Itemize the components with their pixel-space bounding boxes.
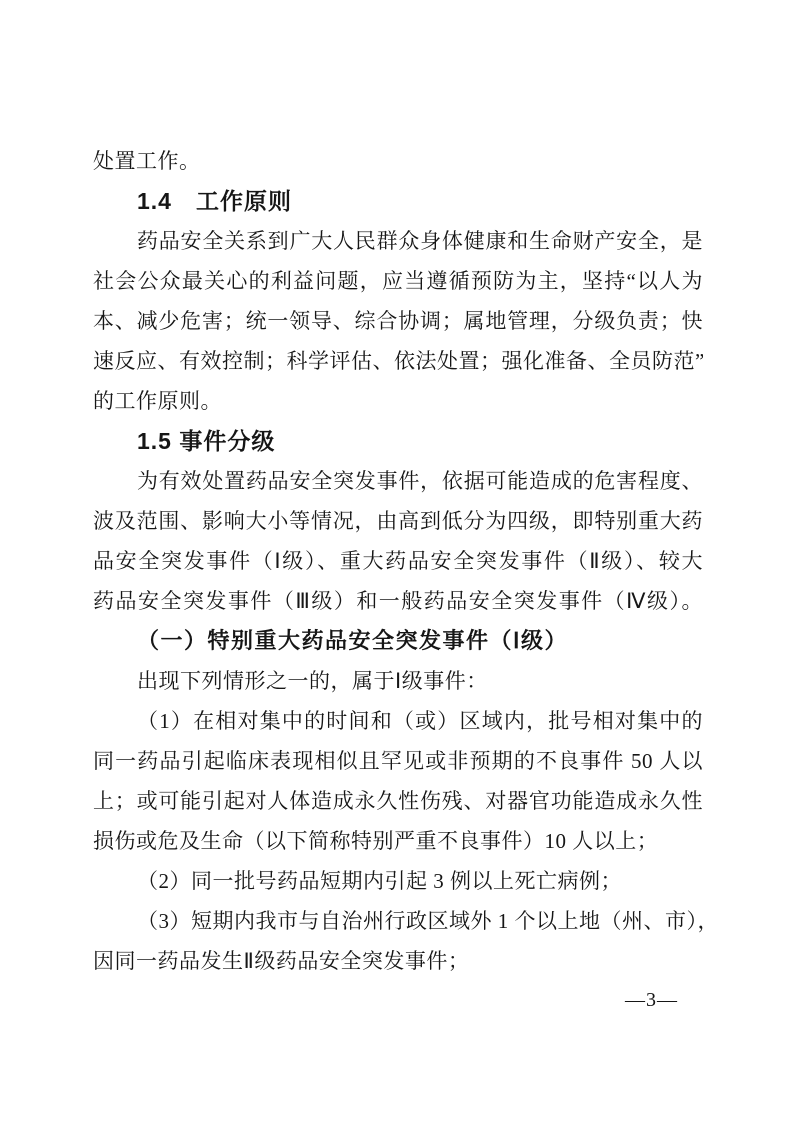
page-number: —3— [625, 988, 678, 1012]
clause-1-line: （1）在相对集中的时间和（或）区域内，批号相对集中的 [93, 701, 703, 741]
paragraph-line: 损伤或危及生命（以下简称特别严重不良事件）10 人以上； [93, 821, 703, 861]
paragraph-line: 药品安全关系到广大人民群众身体健康和生命财产安全，是 [93, 221, 703, 261]
document-page: 处置工作。 1.4 工作原则 药品安全关系到广大人民群众身体健康和生命财产安全，… [0, 0, 793, 1122]
paragraph-line: 速反应、有效控制；科学评估、依法处置；强化准备、全员防范” [93, 341, 703, 381]
section-heading-1-4: 1.4 工作原则 [93, 181, 703, 221]
paragraph-line: 品安全突发事件（Ⅰ级）、重大药品安全突发事件（Ⅱ级）、较大 [93, 541, 703, 581]
clause-3-line: （3）短期内我市与自治州行政区域外 1 个以上地（州、市）， [93, 901, 703, 941]
paragraph-line: 为有效处置药品安全突发事件，依据可能造成的危害程度、 [93, 461, 703, 501]
paragraph-line: 同一药品引起临床表现相似且罕见或非预期的不良事件 50 人以 [93, 741, 703, 781]
paragraph-line: 本、减少危害；统一领导、综合协调；属地管理，分级负责；快 [93, 301, 703, 341]
paragraph-line: 社会公众最关心的利益问题，应当遵循预防为主，坚持“以人为 [93, 261, 703, 301]
paragraph-line: 药品安全突发事件（Ⅲ级）和一般药品安全突发事件（Ⅳ级）。 [93, 581, 703, 621]
paragraph-line: 上；或可能引起对人体造成永久性伤残、对器官功能造成永久性 [93, 781, 703, 821]
paragraph-line: 因同一药品发生Ⅱ级药品安全突发事件； [93, 941, 703, 981]
clause-2-line: （2）同一批号药品短期内引起 3 例以上死亡病例； [93, 861, 703, 901]
paragraph-line: 处置工作。 [93, 141, 703, 181]
document-body: 处置工作。 1.4 工作原则 药品安全关系到广大人民群众身体健康和生命财产安全，… [93, 141, 703, 981]
paragraph-line: 出现下列情形之一的，属于Ⅰ级事件： [93, 661, 703, 701]
paragraph-line: 波及范围、影响大小等情况，由高到低分为四级，即特别重大药 [93, 501, 703, 541]
subsection-heading-level-1: （一）特别重大药品安全突发事件（Ⅰ级） [93, 621, 703, 661]
section-heading-1-5: 1.5 事件分级 [93, 421, 703, 461]
paragraph-line: 的工作原则。 [93, 381, 703, 421]
